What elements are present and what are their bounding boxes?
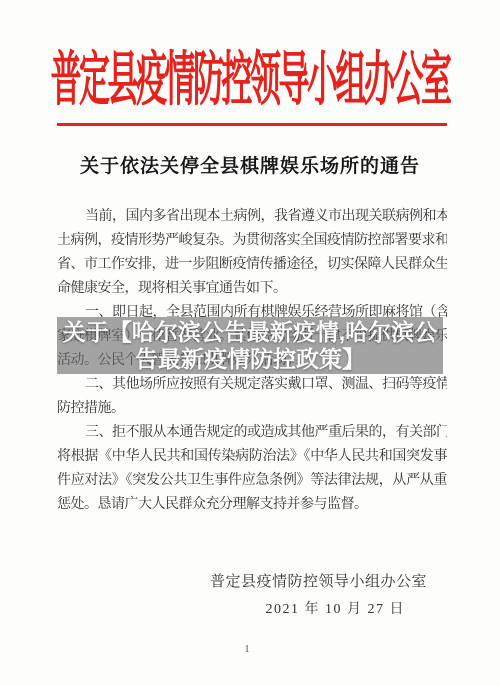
page-number: 1 xyxy=(0,644,494,655)
caption-overlay-band: 关于【哈尔滨公告最新疫情,哈尔滨公 告最新疫情防控政策】 xyxy=(57,317,443,374)
body-line: 省、市工作安排，进一步阻断疫情传播途径，切实保障人民群众生 xyxy=(57,253,447,277)
signature-date: 2021 年 10 月 27 日 xyxy=(266,598,406,618)
body-line: 件应对法》《突发公共卫生事件应急条例》等法律法规，从严从重 xyxy=(57,469,447,493)
body-line: 三、拒不服从本通告规定的或造成其他严重后果的，有关部门 xyxy=(57,421,447,445)
caption-line-1: 关于【哈尔滨公告最新疫情,哈尔滨公 xyxy=(63,319,437,346)
caption-line-2: 告最新疫情防控政策】 xyxy=(135,346,365,373)
letterhead: 普定县疫情防控领导小组办公室 xyxy=(0,50,500,87)
notice-title: 关于依法关停全县棋牌娱乐场所的通告 xyxy=(0,151,500,178)
body-line: 防控措施。 xyxy=(57,397,447,421)
scanned-notice-page: 普定县疫情防控领导小组办公室 关于依法关停全县棋牌娱乐场所的通告 当前，国内多省… xyxy=(0,0,500,686)
body-line: 二、其他场所应按照有关规定落实戴口罩、测温、扫码等疫情 xyxy=(57,373,447,397)
body-line: 惩处。恳请广大人民群众充分理解支持并参与监督。 xyxy=(57,493,447,517)
letterhead-org-title: 普定县疫情防控领导小组办公室 xyxy=(51,50,450,109)
body-line: 命健康安全，现将相关事宜通告如下。 xyxy=(57,277,447,301)
body-line: 当前，国内多省出现本土病例，我省遵义市出现关联病例和本 xyxy=(57,205,447,229)
signature-org: 普定县疫情防控领导小组办公室 xyxy=(210,570,427,591)
body-line: 土病例，疫情形势严峻复杂。为贯彻落实全国疫情防控部署要求和 xyxy=(57,229,447,253)
letterhead-divider xyxy=(57,123,447,126)
body-line: 将根据《中华人民共和国传染病防治法》《中华人民共和国突发事 xyxy=(57,445,447,469)
